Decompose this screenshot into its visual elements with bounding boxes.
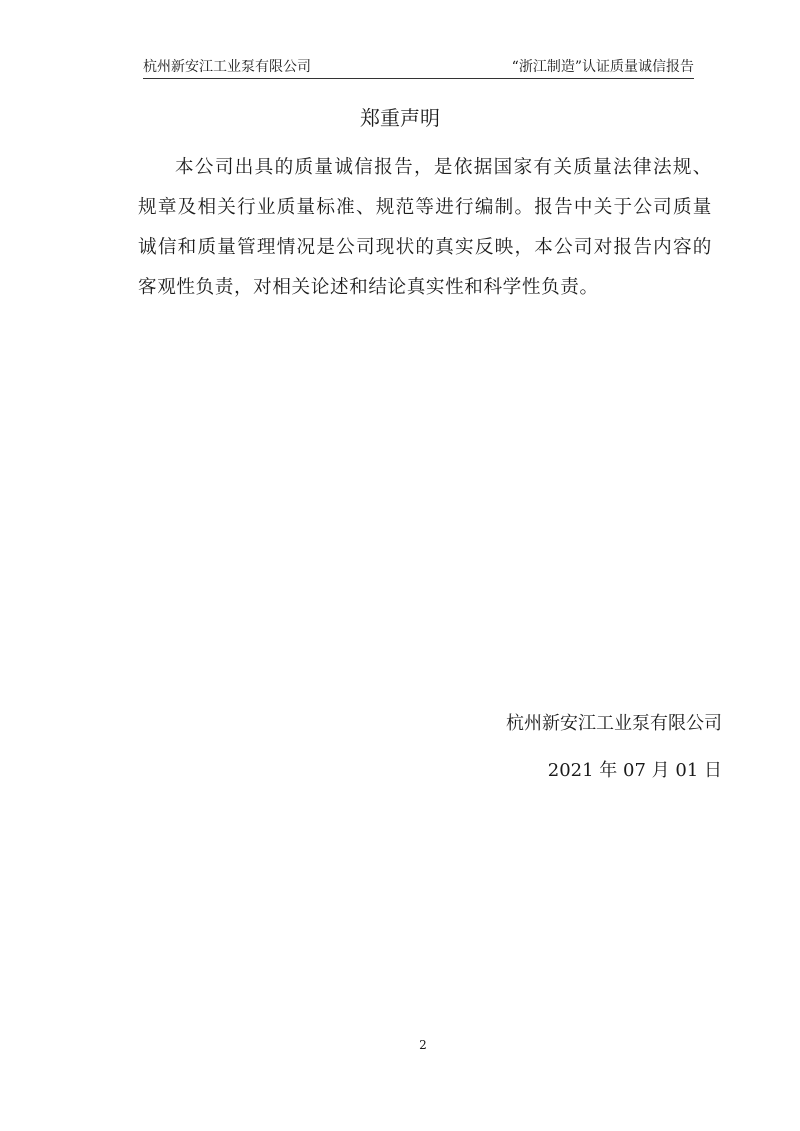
page-header: 杭州新安江工业泵有限公司 “浙江制造”认证质量诚信报告 [143,56,694,79]
signature-company: 杭州新安江工业泵有限公司 [506,710,722,738]
signature-date: 2021 年 07 月 01 日 [548,757,722,785]
page-number: 2 [0,1038,800,1052]
declaration-paragraph: 本公司出具的质量诚信报告，是依据国家有关质量法律法规、规章及相关行业质量标准、规… [138,148,712,308]
page-title: 郑重声明 [0,104,800,132]
header-report-title: “浙江制造”认证质量诚信报告 [512,56,694,78]
header-company-name: 杭州新安江工业泵有限公司 [143,56,311,78]
